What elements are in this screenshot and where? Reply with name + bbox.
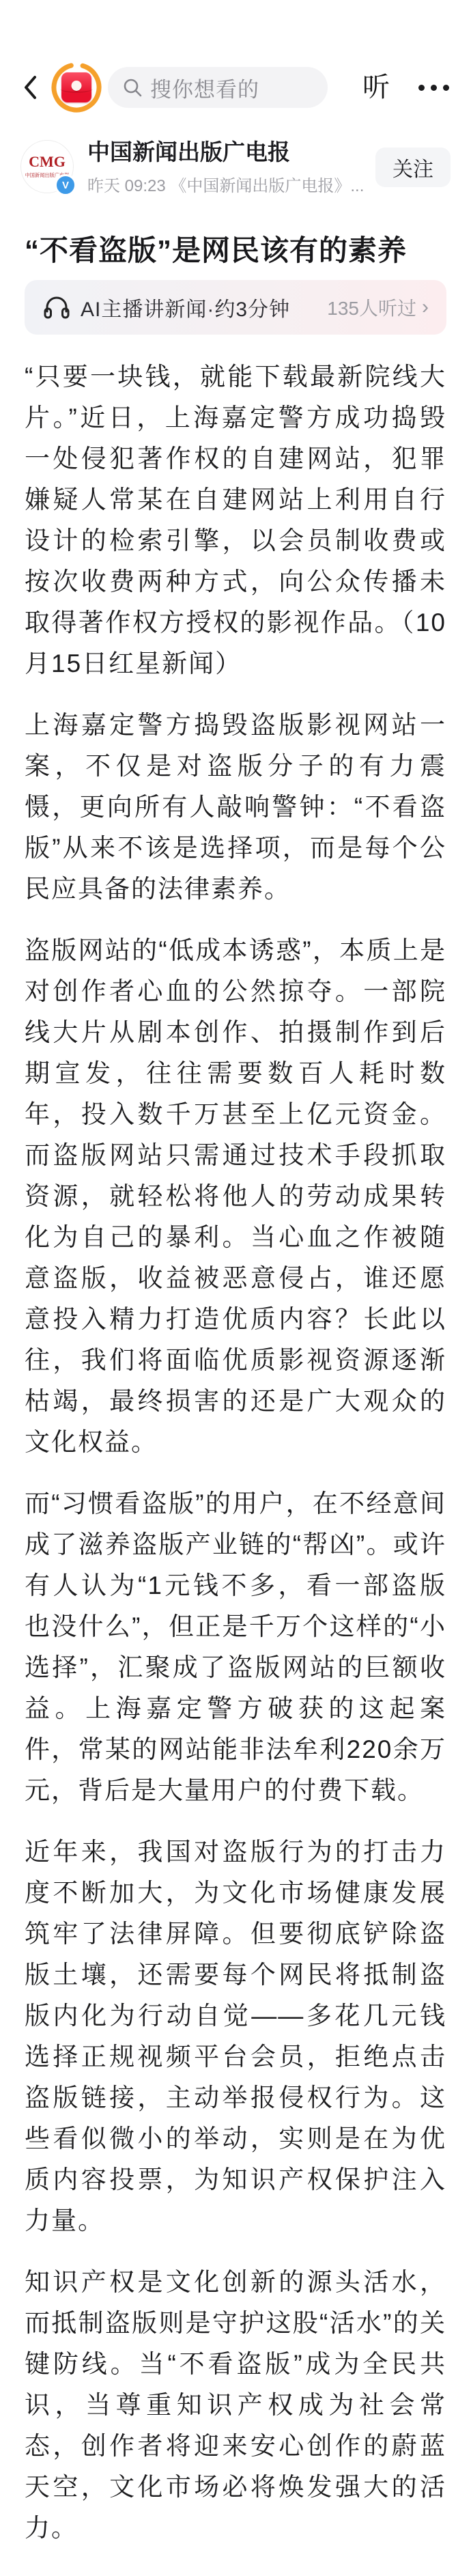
chevron-left-icon xyxy=(20,72,41,102)
listener-count[interactable]: 135人听过 › xyxy=(327,294,429,321)
top-navigation-bar: 搜你想看的 听 xyxy=(0,66,471,109)
article-paragraph: 上海嘉定警方捣毁盗版影视网站一案，不仅是对盗版分子的有力震慑，更向所有人敲响警钟… xyxy=(25,705,446,910)
search-bar[interactable]: 搜你想看的 xyxy=(108,67,328,108)
listen-button[interactable]: 听 xyxy=(362,74,390,101)
publisher-info: 中国新闻出版广电报 昨天 09:23 《中国新闻出版广电报》... xyxy=(87,139,364,196)
article-paragraph: “只要一块钱，就能下载最新院线大片。”近日，上海嘉定警方成功捣毁一处侵犯著作权的… xyxy=(25,356,446,684)
follow-button[interactable]: 关注 xyxy=(375,148,451,187)
back-button[interactable] xyxy=(20,72,44,102)
publisher-row: CMG 中国新闻出版广电报 V 中国新闻出版广电报 昨天 09:23 《中国新闻… xyxy=(0,139,471,196)
news-article-page: 搜你想看的 听 CMG 中国新闻出版广电报 V 中国新闻出版广电报 昨天 09:… xyxy=(0,0,471,2576)
article-body: “只要一块钱，就能下载最新院线大片。”近日，上海嘉定警方成功捣毁一处侵犯著作权的… xyxy=(0,335,471,2576)
more-options-button[interactable] xyxy=(417,78,451,98)
red-packet-reward-button[interactable] xyxy=(51,61,102,113)
publish-time-source: 昨天 09:23 《中国新闻出版广电报》... xyxy=(87,172,364,196)
article-title: “不看盗版”是网民该有的素养 xyxy=(25,232,446,270)
ai-audio-bar[interactable]: AI主播讲新闻·约3分钟 135人听过 › xyxy=(25,280,446,335)
article-paragraph: 近年来，我国对盗版行为的打击力度不断加大，为文化市场健康发展筑牢了法律屏障。但要… xyxy=(25,1832,446,2241)
ai-audio-label: AI主播讲新闻·约3分钟 xyxy=(81,292,290,322)
more-dots-icon xyxy=(418,85,425,91)
envelope-clasp xyxy=(72,81,82,91)
chevron-right-icon: › xyxy=(422,296,429,319)
verified-badge: V xyxy=(55,174,76,196)
article-paragraph: 知识产权是文化创新的源头活水，而抵制盗版则是守护这股“活水”的关键防线。当“不看… xyxy=(25,2262,446,2549)
article-paragraph: 盗版网站的“低成本诱惑”，本质上是对创作者心血的公然掠夺。一部院线大片从剧本创作… xyxy=(25,930,446,1463)
search-placeholder: 搜你想看的 xyxy=(150,72,259,103)
headphones-icon xyxy=(42,294,71,321)
search-icon xyxy=(122,76,143,98)
publisher-avatar[interactable]: CMG 中国新闻出版广电报 V xyxy=(20,140,75,195)
red-envelope-icon xyxy=(61,72,91,102)
publisher-name[interactable]: 中国新闻出版广电报 xyxy=(87,139,364,165)
article-paragraph: 而“习惯看盗版”的用户，在不经意间成了滋养盗版产业链的“帮凶”。或许有人认为“1… xyxy=(25,1483,446,1811)
